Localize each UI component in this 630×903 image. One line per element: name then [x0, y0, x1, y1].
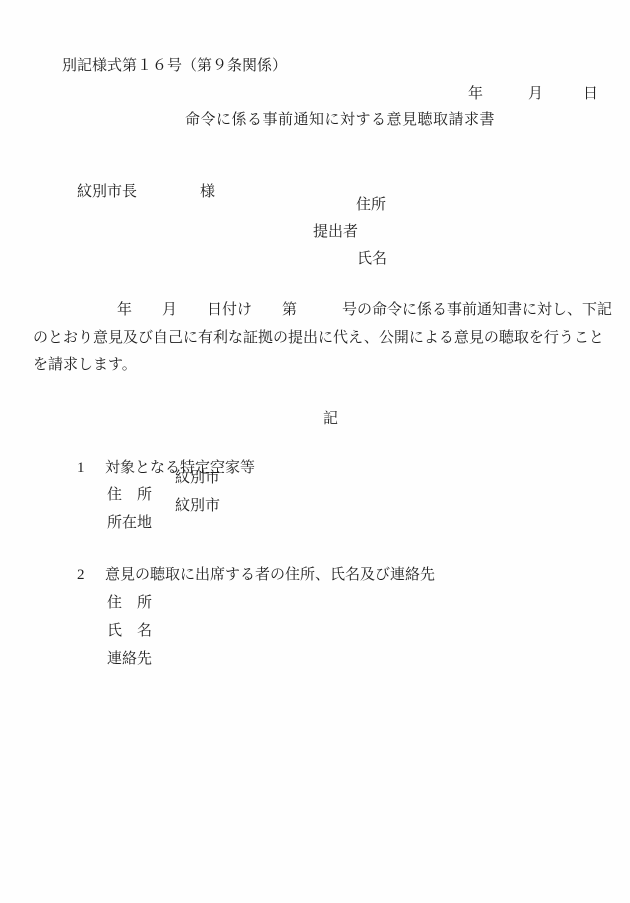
section-2-contact-label: 連絡先: [107, 651, 152, 667]
body-paragraph-line-3: を請求します。: [33, 357, 599, 374]
section-1-address-value: 紋別市: [175, 470, 220, 487]
addressee-line: 紋別市長様: [62, 167, 215, 218]
body-paragraph-line-1: 年 月 日付け 第 号の命令に係る事前通知書に対し、下記: [33, 302, 599, 319]
addressee-honorific: 様: [200, 184, 215, 201]
date-line: 年 月 日: [0, 86, 630, 103]
section-1-location-label: 所在地: [107, 515, 152, 531]
page-title: 命令に係る事前通知に対する意見聴取請求書: [185, 112, 495, 129]
body-paragraph-line-2: のとおり意見及び自己に有利な証拠の提出に代え、公開による意見の聴取を行うこと: [33, 330, 599, 347]
submitter-name-label: 氏名: [357, 251, 387, 268]
form-number: 別記様式第１６号（第９条関係）: [62, 58, 287, 75]
submitter-address-label: 住所: [356, 197, 386, 214]
date-day-label: 日: [583, 86, 598, 103]
addressee-name: 紋別市長: [77, 184, 137, 200]
section-2-heading-text: 意見の聴取に出席する者の住所、氏名及び連絡先: [105, 567, 435, 583]
date-month-label: 月: [528, 86, 543, 103]
section-1-location-value: 紋別市: [175, 498, 220, 515]
date-year-label: 年: [468, 86, 483, 103]
submitter-label: 提出者: [313, 224, 358, 241]
document-page: 別記様式第１６号（第９条関係） 年 月 日 命令に係る事前通知に対する意見聴取請…: [0, 0, 630, 903]
record-marker: 記: [323, 411, 338, 428]
section-1-heading: 1対象となる特定空家等: [62, 443, 255, 494]
section-2-contact-row: 連絡先: [92, 634, 152, 702]
